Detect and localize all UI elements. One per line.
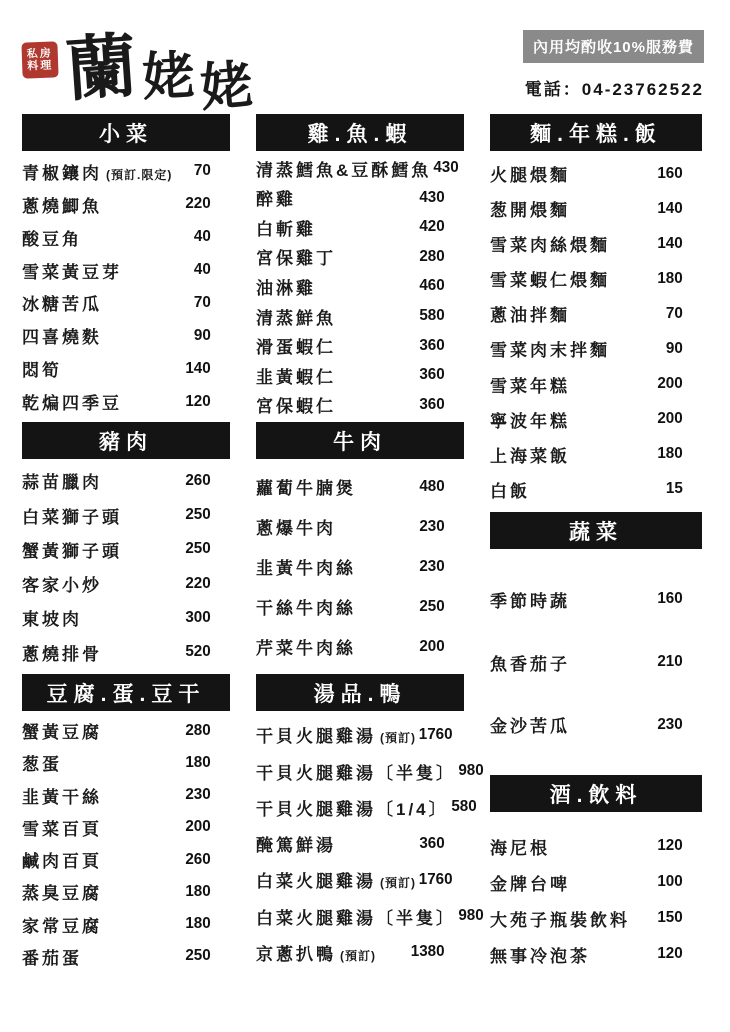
item-name-text: 雪菜肉絲煨麵 (490, 236, 610, 255)
item-name: 韭黃蝦仁 (256, 363, 417, 388)
section-header: 豆腐.蛋.豆干 (22, 674, 230, 711)
section-title: 湯品.鴨 (314, 678, 407, 708)
item-name-text: 干貝火腿雞湯〔半隻〕 (256, 764, 456, 783)
menu-item: 蔥爆牛肉230 (256, 514, 464, 539)
item-name-text: 大苑子瓶裝飲料 (490, 911, 630, 930)
item-name-text: 葱蛋 (22, 755, 62, 774)
item-name: 韭黃干絲 (22, 783, 183, 808)
section-items: 干貝火腿雞湯(預訂)1760干貝火腿雞湯〔半隻〕980干貝火腿雞湯〔1/4〕58… (256, 711, 464, 976)
item-name-text: 酸豆角 (22, 230, 82, 249)
menu-item: 韭黃蝦仁360 (256, 363, 464, 388)
item-name-text: 韭黃牛肉絲 (256, 559, 356, 578)
item-price: 40 (194, 228, 230, 246)
item-price: 460 (420, 277, 464, 295)
item-name-text: 清蒸鮮魚 (256, 309, 336, 328)
menu-item: 蘿蔔牛腩煲480 (256, 474, 464, 499)
item-price: 200 (658, 410, 702, 428)
menu-item: 蒜苗臘肉260 (22, 468, 230, 493)
item-name-text: 蟹黃獅子頭 (22, 542, 122, 561)
item-price: 280 (420, 248, 464, 266)
item-price: 220 (186, 575, 230, 593)
item-price: 250 (186, 947, 230, 965)
section-header: 麵.年糕.飯 (490, 114, 702, 151)
item-name: 鹹肉百頁 (22, 847, 183, 872)
item-name-text: 火腿煨麵 (490, 166, 570, 185)
menu-section: 麵.年糕.飯火腿煨麵160葱開煨麵140雪菜肉絲煨麵140雪菜蝦仁煨麵180蔥油… (490, 114, 702, 512)
section-items: 蘿蔔牛腩煲480蔥爆牛肉230韭黃牛肉絲230干絲牛肉絲250芹菜牛肉絲200 (256, 459, 464, 674)
section-title: 雞.魚.蝦 (308, 118, 413, 148)
item-price: 200 (186, 818, 230, 836)
item-price: 180 (658, 445, 702, 463)
item-name: 蔥油拌麵 (490, 301, 664, 326)
menu-item: 鹹肉百頁260 (22, 847, 230, 872)
menu-item: 蔥油拌麵70 (490, 301, 702, 326)
menu-item: 宮保蝦仁360 (256, 392, 464, 417)
item-price: 1380 (411, 943, 464, 961)
menu-item: 醃篤鮮湯360 (256, 831, 464, 856)
item-name: 蟹黃豆腐 (22, 718, 183, 743)
item-price: 980 (458, 762, 502, 780)
item-name: 韭黃牛肉絲 (256, 554, 417, 579)
item-name-text: 白飯 (490, 482, 530, 501)
menu-item: 海尼根120 (490, 828, 702, 864)
item-name-text: 海尼根 (490, 839, 550, 858)
item-price: 580 (451, 798, 495, 816)
menu-item: 冰糖苦瓜70 (22, 290, 230, 315)
item-price: 260 (186, 472, 230, 490)
item-price: 430 (420, 189, 464, 207)
item-name-text: 東坡肉 (22, 610, 82, 629)
item-name-text: 白斬雞 (256, 220, 316, 239)
item-price: 230 (420, 558, 464, 576)
menu-item: 清蒸鮮魚580 (256, 304, 464, 329)
item-name: 油淋雞 (256, 274, 417, 299)
section-header: 湯品.鴨 (256, 674, 464, 711)
menu-item: 雪菜黃豆芽40 (22, 258, 230, 283)
seal-text-line2: 料理 (27, 60, 53, 73)
item-name-text: 雪菜蝦仁煨麵 (490, 271, 610, 290)
item-name: 蟹黃獅子頭 (22, 537, 183, 562)
item-price: 40 (194, 261, 230, 279)
item-name: 干絲牛肉絲 (256, 594, 417, 619)
menu-item: 京蔥扒鴨(預訂)1380 (256, 940, 464, 965)
item-name: 大苑子瓶裝飲料 (490, 906, 655, 931)
menu-item: 大苑子瓶裝飲料150 (490, 900, 702, 936)
item-name-text: 客家小炒 (22, 576, 102, 595)
menu-item: 上海菜飯180 (490, 442, 702, 467)
header-right: 內用均酌收10%服務費 電話：04-23762522 (523, 12, 704, 112)
menu-item: 清蒸鱈魚&豆酥鱈魚430 (256, 156, 464, 181)
page-header: 私房 料理 蘭 姥 姥 內用均酌收10%服務費 電話：04-23762522 (22, 12, 704, 112)
item-price: 70 (194, 162, 230, 180)
item-name: 東坡肉 (22, 605, 183, 630)
menu-item: 白飯15 (490, 477, 702, 502)
menu-column: 小菜青椒鑲肉(預訂.限定)70蔥燒鯽魚220酸豆角40雪菜黃豆芽40冰糖苦瓜70… (22, 114, 230, 976)
section-title: 小菜 (99, 118, 153, 148)
item-name-text: 寧波年糕 (490, 412, 570, 431)
item-note: (預訂) (380, 731, 416, 745)
item-name: 家常豆腐 (22, 912, 183, 937)
menu-page: 私房 料理 蘭 姥 姥 內用均酌收10%服務費 電話：04-23762522 小… (0, 0, 730, 1032)
item-name: 白斬雞 (256, 215, 417, 240)
item-name: 清蒸鱈魚&豆酥鱈魚 (256, 156, 431, 181)
item-price: 120 (186, 393, 230, 411)
item-price: 230 (186, 786, 230, 804)
item-name: 白菜獅子頭 (22, 503, 183, 528)
item-name: 蒜苗臘肉 (22, 468, 183, 493)
item-name: 干貝火腿雞湯〔1/4〕 (256, 795, 449, 820)
menu-item: 寧波年糕200 (490, 407, 702, 432)
menu-section: 豬肉蒜苗臘肉260白菜獅子頭250蟹黃獅子頭250客家小炒220東坡肉300蔥燒… (22, 422, 230, 674)
item-name: 雪菜蝦仁煨麵 (490, 266, 655, 291)
item-name: 白菜火腿雞湯〔半隻〕 (256, 904, 456, 929)
item-name: 葱蛋 (22, 750, 183, 775)
item-price: 360 (420, 835, 464, 853)
item-price: 300 (186, 609, 230, 627)
item-name: 無事冷泡茶 (490, 942, 655, 967)
menu-column: 雞.魚.蝦清蒸鱈魚&豆酥鱈魚430醉雞430白斬雞420宮保雞丁280油淋雞46… (256, 114, 464, 976)
menu-item: 蟹黃獅子頭250 (22, 537, 230, 562)
logo-char: 姥 (140, 33, 196, 111)
item-price: 480 (420, 478, 464, 496)
item-name: 金牌台啤 (490, 870, 655, 895)
menu-item: 客家小炒220 (22, 571, 230, 596)
item-name-text: 雪菜百頁 (22, 820, 102, 839)
item-name: 番茄蛋 (22, 944, 183, 969)
item-name-text: 悶筍 (22, 361, 62, 380)
menu-item: 雪菜百頁200 (22, 815, 230, 840)
menu-item: 醉雞430 (256, 185, 464, 210)
menu-item: 雪菜肉末拌麵90 (490, 336, 702, 361)
item-price: 280 (186, 722, 230, 740)
item-name-text: 宮保蝦仁 (256, 397, 336, 416)
menu-section: 小菜青椒鑲肉(預訂.限定)70蔥燒鯽魚220酸豆角40雪菜黃豆芽40冰糖苦瓜70… (22, 114, 230, 422)
menu-item: 東坡肉300 (22, 605, 230, 630)
item-name: 火腿煨麵 (490, 161, 655, 186)
menu-item: 蔥燒排骨520 (22, 640, 230, 665)
item-price: 150 (658, 909, 702, 927)
section-items: 海尼根120金牌台啤100大苑子瓶裝飲料150無事冷泡茶120 (490, 828, 702, 972)
item-name-text: 季節時蔬 (490, 592, 570, 611)
item-name-text: 魚香茄子 (490, 655, 570, 674)
item-name-text: 葱開煨麵 (490, 201, 570, 220)
item-name: 京蔥扒鴨(預訂) (256, 940, 408, 965)
logo-calligraphy: 蘭 姥 姥 (66, 12, 251, 113)
menu-item: 蟹黃豆腐280 (22, 718, 230, 743)
item-name: 干貝火腿雞湯(預訂) (256, 722, 416, 747)
service-fee-badge: 內用均酌收10%服務費 (523, 30, 704, 63)
item-price: 180 (658, 270, 702, 288)
item-name: 芹菜牛肉絲 (256, 634, 417, 659)
item-price: 120 (658, 837, 702, 855)
item-price: 160 (658, 590, 702, 608)
item-name: 寧波年糕 (490, 407, 655, 432)
item-price: 980 (458, 907, 502, 925)
item-name-text: 滑蛋蝦仁 (256, 338, 336, 357)
item-name-text: 干貝火腿雞湯 (256, 727, 376, 746)
menu-item: 白菜火腿雞湯〔半隻〕980 (256, 904, 464, 929)
item-price: 230 (658, 716, 702, 734)
item-name: 雪菜肉末拌麵 (490, 336, 664, 361)
menu-item: 白菜火腿雞湯(預訂)1760 (256, 867, 464, 892)
item-price: 70 (194, 294, 230, 312)
menu-item: 白斬雞420 (256, 215, 464, 240)
item-name-text: 蒸臭豆腐 (22, 884, 102, 903)
item-name: 蔥燒鯽魚 (22, 192, 183, 217)
item-price: 90 (666, 340, 702, 358)
item-name-text: 金牌台啤 (490, 875, 570, 894)
item-name-text: 干絲牛肉絲 (256, 599, 356, 618)
seal-text-line1: 私房 (27, 48, 53, 61)
menu-item: 四喜燒麩90 (22, 323, 230, 348)
item-name: 悶筍 (22, 356, 183, 381)
section-items: 青椒鑲肉(預訂.限定)70蔥燒鯽魚220酸豆角40雪菜黃豆芽40冰糖苦瓜70四喜… (22, 151, 230, 422)
menu-item: 干絲牛肉絲250 (256, 594, 464, 619)
item-name-text: 白菜獅子頭 (22, 508, 122, 527)
item-name-text: 蟹黃豆腐 (22, 723, 102, 742)
item-price: 250 (186, 506, 230, 524)
menu-item: 韭黃牛肉絲230 (256, 554, 464, 579)
item-name-text: 醉雞 (256, 190, 296, 209)
menu-item: 韭黃干絲230 (22, 783, 230, 808)
menu-section: 豆腐.蛋.豆干蟹黃豆腐280葱蛋180韭黃干絲230雪菜百頁200鹹肉百頁260… (22, 674, 230, 976)
menu-item: 無事冷泡茶120 (490, 936, 702, 972)
item-name-text: 白菜火腿雞湯 (256, 872, 376, 891)
item-name-text: 油淋雞 (256, 279, 316, 298)
item-price: 180 (186, 754, 230, 772)
item-name-text: 上海菜飯 (490, 447, 570, 466)
menu-section: 湯品.鴨干貝火腿雞湯(預訂)1760干貝火腿雞湯〔半隻〕980干貝火腿雞湯〔1/… (256, 674, 464, 976)
item-price: 70 (666, 305, 702, 323)
item-name: 滑蛋蝦仁 (256, 333, 417, 358)
item-name: 蒸臭豆腐 (22, 879, 183, 904)
logo-char: 姥 (197, 42, 255, 121)
section-items: 蟹黃豆腐280葱蛋180韭黃干絲230雪菜百頁200鹹肉百頁260蒸臭豆腐180… (22, 711, 230, 976)
item-name: 酸豆角 (22, 225, 192, 250)
item-price: 1760 (419, 726, 472, 744)
menu-item: 宮保雞丁280 (256, 244, 464, 269)
item-name-text: 韭黃干絲 (22, 788, 102, 807)
item-name-text: 白菜火腿雞湯〔半隻〕 (256, 909, 456, 928)
item-price: 420 (420, 218, 464, 236)
section-title: 豆腐.蛋.豆干 (47, 678, 206, 708)
item-name: 上海菜飯 (490, 442, 655, 467)
item-name-text: 芹菜牛肉絲 (256, 639, 356, 658)
item-name-text: 蔥燒排骨 (22, 645, 102, 664)
item-name: 宮保蝦仁 (256, 392, 417, 417)
item-name: 冰糖苦瓜 (22, 290, 192, 315)
item-price: 260 (186, 851, 230, 869)
item-name: 干貝火腿雞湯〔半隻〕 (256, 759, 456, 784)
item-price: 520 (186, 643, 230, 661)
menu-item: 金沙苦瓜230 (490, 712, 702, 737)
item-name: 青椒鑲肉(預訂.限定) (22, 159, 192, 184)
item-name-text: 蔥爆牛肉 (256, 519, 336, 538)
item-price: 200 (658, 375, 702, 393)
item-name: 客家小炒 (22, 571, 183, 596)
section-header: 小菜 (22, 114, 230, 151)
item-price: 360 (420, 337, 464, 355)
menu-section: 雞.魚.蝦清蒸鱈魚&豆酥鱈魚430醉雞430白斬雞420宮保雞丁280油淋雞46… (256, 114, 464, 422)
item-name: 蔥爆牛肉 (256, 514, 417, 539)
item-name: 蘿蔔牛腩煲 (256, 474, 417, 499)
menu-column: 麵.年糕.飯火腿煨麵160葱開煨麵140雪菜肉絲煨麵140雪菜蝦仁煨麵180蔥油… (490, 114, 702, 976)
section-items: 火腿煨麵160葱開煨麵140雪菜肉絲煨麵140雪菜蝦仁煨麵180蔥油拌麵70雪菜… (490, 151, 702, 512)
item-price: 220 (186, 195, 230, 213)
item-name: 雪菜百頁 (22, 815, 183, 840)
menu-section: 酒.飲料海尼根120金牌台啤100大苑子瓶裝飲料150無事冷泡茶120 (490, 775, 702, 972)
item-name-text: 青椒鑲肉 (22, 164, 102, 183)
item-name: 葱開煨麵 (490, 196, 655, 221)
item-name: 乾煸四季豆 (22, 389, 183, 414)
brand-seal: 私房 料理 (21, 41, 58, 78)
item-name: 雪菜肉絲煨麵 (490, 231, 655, 256)
section-items: 清蒸鱈魚&豆酥鱈魚430醉雞430白斬雞420宮保雞丁280油淋雞460清蒸鮮魚… (256, 151, 464, 422)
item-name-text: 韭黃蝦仁 (256, 368, 336, 387)
menu-item: 蔥燒鯽魚220 (22, 192, 230, 217)
item-name-text: 番茄蛋 (22, 949, 82, 968)
section-title: 酒.飲料 (550, 779, 643, 809)
item-price: 200 (420, 638, 464, 656)
item-price: 430 (434, 159, 478, 177)
menu-item: 雪菜肉絲煨麵140 (490, 231, 702, 256)
menu-item: 干貝火腿雞湯(預訂)1760 (256, 722, 464, 747)
item-note: (預訂.限定) (106, 168, 172, 182)
item-name: 清蒸鮮魚 (256, 304, 417, 329)
item-name: 金沙苦瓜 (490, 712, 655, 737)
item-name: 宮保雞丁 (256, 244, 417, 269)
section-header: 牛肉 (256, 422, 464, 459)
menu-grid: 小菜青椒鑲肉(預訂.限定)70蔥燒鯽魚220酸豆角40雪菜黃豆芽40冰糖苦瓜70… (22, 114, 704, 976)
brand-logo: 私房 料理 蘭 姥 姥 (22, 12, 251, 112)
menu-item: 家常豆腐180 (22, 912, 230, 937)
menu-item: 芹菜牛肉絲200 (256, 634, 464, 659)
section-header: 蔬菜 (490, 512, 702, 549)
section-items: 蒜苗臘肉260白菜獅子頭250蟹黃獅子頭250客家小炒220東坡肉300蔥燒排骨… (22, 459, 230, 674)
section-header: 雞.魚.蝦 (256, 114, 464, 151)
menu-item: 青椒鑲肉(預訂.限定)70 (22, 159, 230, 184)
logo-char: 蘭 (63, 10, 140, 116)
menu-item: 油淋雞460 (256, 274, 464, 299)
item-name-text: 雪菜肉末拌麵 (490, 341, 610, 360)
item-price: 360 (420, 366, 464, 384)
item-name: 蔥燒排骨 (22, 640, 183, 665)
item-name: 季節時蔬 (490, 587, 655, 612)
menu-item: 葱蛋180 (22, 750, 230, 775)
item-price: 140 (658, 235, 702, 253)
item-name: 海尼根 (490, 834, 655, 859)
item-note: (預訂) (340, 949, 376, 963)
section-title: 麵.年糕.飯 (530, 118, 662, 148)
item-name-text: 金沙苦瓜 (490, 717, 570, 736)
item-name-text: 京蔥扒鴨 (256, 945, 336, 964)
item-name-text: 干貝火腿雞湯〔1/4〕 (256, 800, 449, 819)
item-price: 160 (658, 165, 702, 183)
menu-item: 雪菜年糕200 (490, 372, 702, 397)
item-note: (預訂) (380, 876, 416, 890)
item-name-text: 家常豆腐 (22, 917, 102, 936)
menu-item: 火腿煨麵160 (490, 161, 702, 186)
item-name-text: 冰糖苦瓜 (22, 295, 102, 314)
item-price: 250 (420, 598, 464, 616)
item-price: 100 (658, 873, 702, 891)
item-price: 230 (420, 518, 464, 536)
item-price: 140 (658, 200, 702, 218)
section-title: 牛肉 (333, 426, 387, 456)
item-name: 魚香茄子 (490, 650, 655, 675)
menu-item: 魚香茄子210 (490, 650, 702, 675)
item-price: 210 (658, 653, 702, 671)
item-name: 白菜火腿雞湯(預訂) (256, 867, 416, 892)
item-name: 雪菜黃豆芽 (22, 258, 192, 283)
section-header: 豬肉 (22, 422, 230, 459)
item-name-text: 蔥油拌麵 (490, 306, 570, 325)
item-name: 白飯 (490, 477, 664, 502)
item-name-text: 醃篤鮮湯 (256, 836, 336, 855)
item-price: 180 (186, 915, 230, 933)
item-name-text: 鹹肉百頁 (22, 852, 102, 871)
item-name-text: 清蒸鱈魚&豆酥鱈魚 (256, 161, 431, 180)
item-price: 180 (186, 883, 230, 901)
item-name-text: 蔥燒鯽魚 (22, 197, 102, 216)
section-title: 蔬菜 (569, 516, 623, 546)
menu-item: 金牌台啤100 (490, 864, 702, 900)
item-name-text: 無事冷泡茶 (490, 947, 590, 966)
menu-section: 牛肉蘿蔔牛腩煲480蔥爆牛肉230韭黃牛肉絲230干絲牛肉絲250芹菜牛肉絲20… (256, 422, 464, 674)
item-name: 四喜燒麩 (22, 323, 192, 348)
section-items: 季節時蔬160魚香茄子210金沙苦瓜230 (490, 549, 702, 775)
menu-section: 蔬菜季節時蔬160魚香茄子210金沙苦瓜230 (490, 512, 702, 775)
menu-item: 悶筍140 (22, 356, 230, 381)
menu-item: 雪菜蝦仁煨麵180 (490, 266, 702, 291)
item-name-text: 雪菜黃豆芽 (22, 263, 122, 282)
menu-item: 季節時蔬160 (490, 587, 702, 612)
item-name-text: 雪菜年糕 (490, 377, 570, 396)
menu-item: 干貝火腿雞湯〔半隻〕980 (256, 759, 464, 784)
phone-number: 04-23762522 (582, 80, 704, 99)
menu-item: 番茄蛋250 (22, 944, 230, 969)
menu-item: 蒸臭豆腐180 (22, 879, 230, 904)
section-title: 豬肉 (99, 426, 153, 456)
menu-item: 干貝火腿雞湯〔1/4〕580 (256, 795, 464, 820)
menu-item: 乾煸四季豆120 (22, 389, 230, 414)
item-price: 120 (658, 945, 702, 963)
item-name: 醉雞 (256, 185, 417, 210)
menu-item: 葱開煨麵140 (490, 196, 702, 221)
item-name: 雪菜年糕 (490, 372, 655, 397)
item-price: 90 (194, 327, 230, 345)
item-name-text: 乾煸四季豆 (22, 394, 122, 413)
item-price: 580 (420, 307, 464, 325)
section-header: 酒.飲料 (490, 775, 702, 812)
menu-item: 滑蛋蝦仁360 (256, 333, 464, 358)
item-name-text: 蘿蔔牛腩煲 (256, 479, 356, 498)
item-price: 15 (666, 480, 702, 498)
item-name-text: 四喜燒麩 (22, 328, 102, 347)
item-name-text: 蒜苗臘肉 (22, 473, 102, 492)
item-price: 140 (186, 360, 230, 378)
phone-line: 電話：04-23762522 (523, 75, 704, 100)
phone-label: 電話： (525, 80, 582, 99)
item-price: 360 (420, 396, 464, 414)
item-name: 醃篤鮮湯 (256, 831, 417, 856)
item-name-text: 宮保雞丁 (256, 249, 336, 268)
item-price: 250 (186, 540, 230, 558)
item-price: 1760 (419, 871, 472, 889)
menu-item: 酸豆角40 (22, 225, 230, 250)
menu-item: 白菜獅子頭250 (22, 503, 230, 528)
